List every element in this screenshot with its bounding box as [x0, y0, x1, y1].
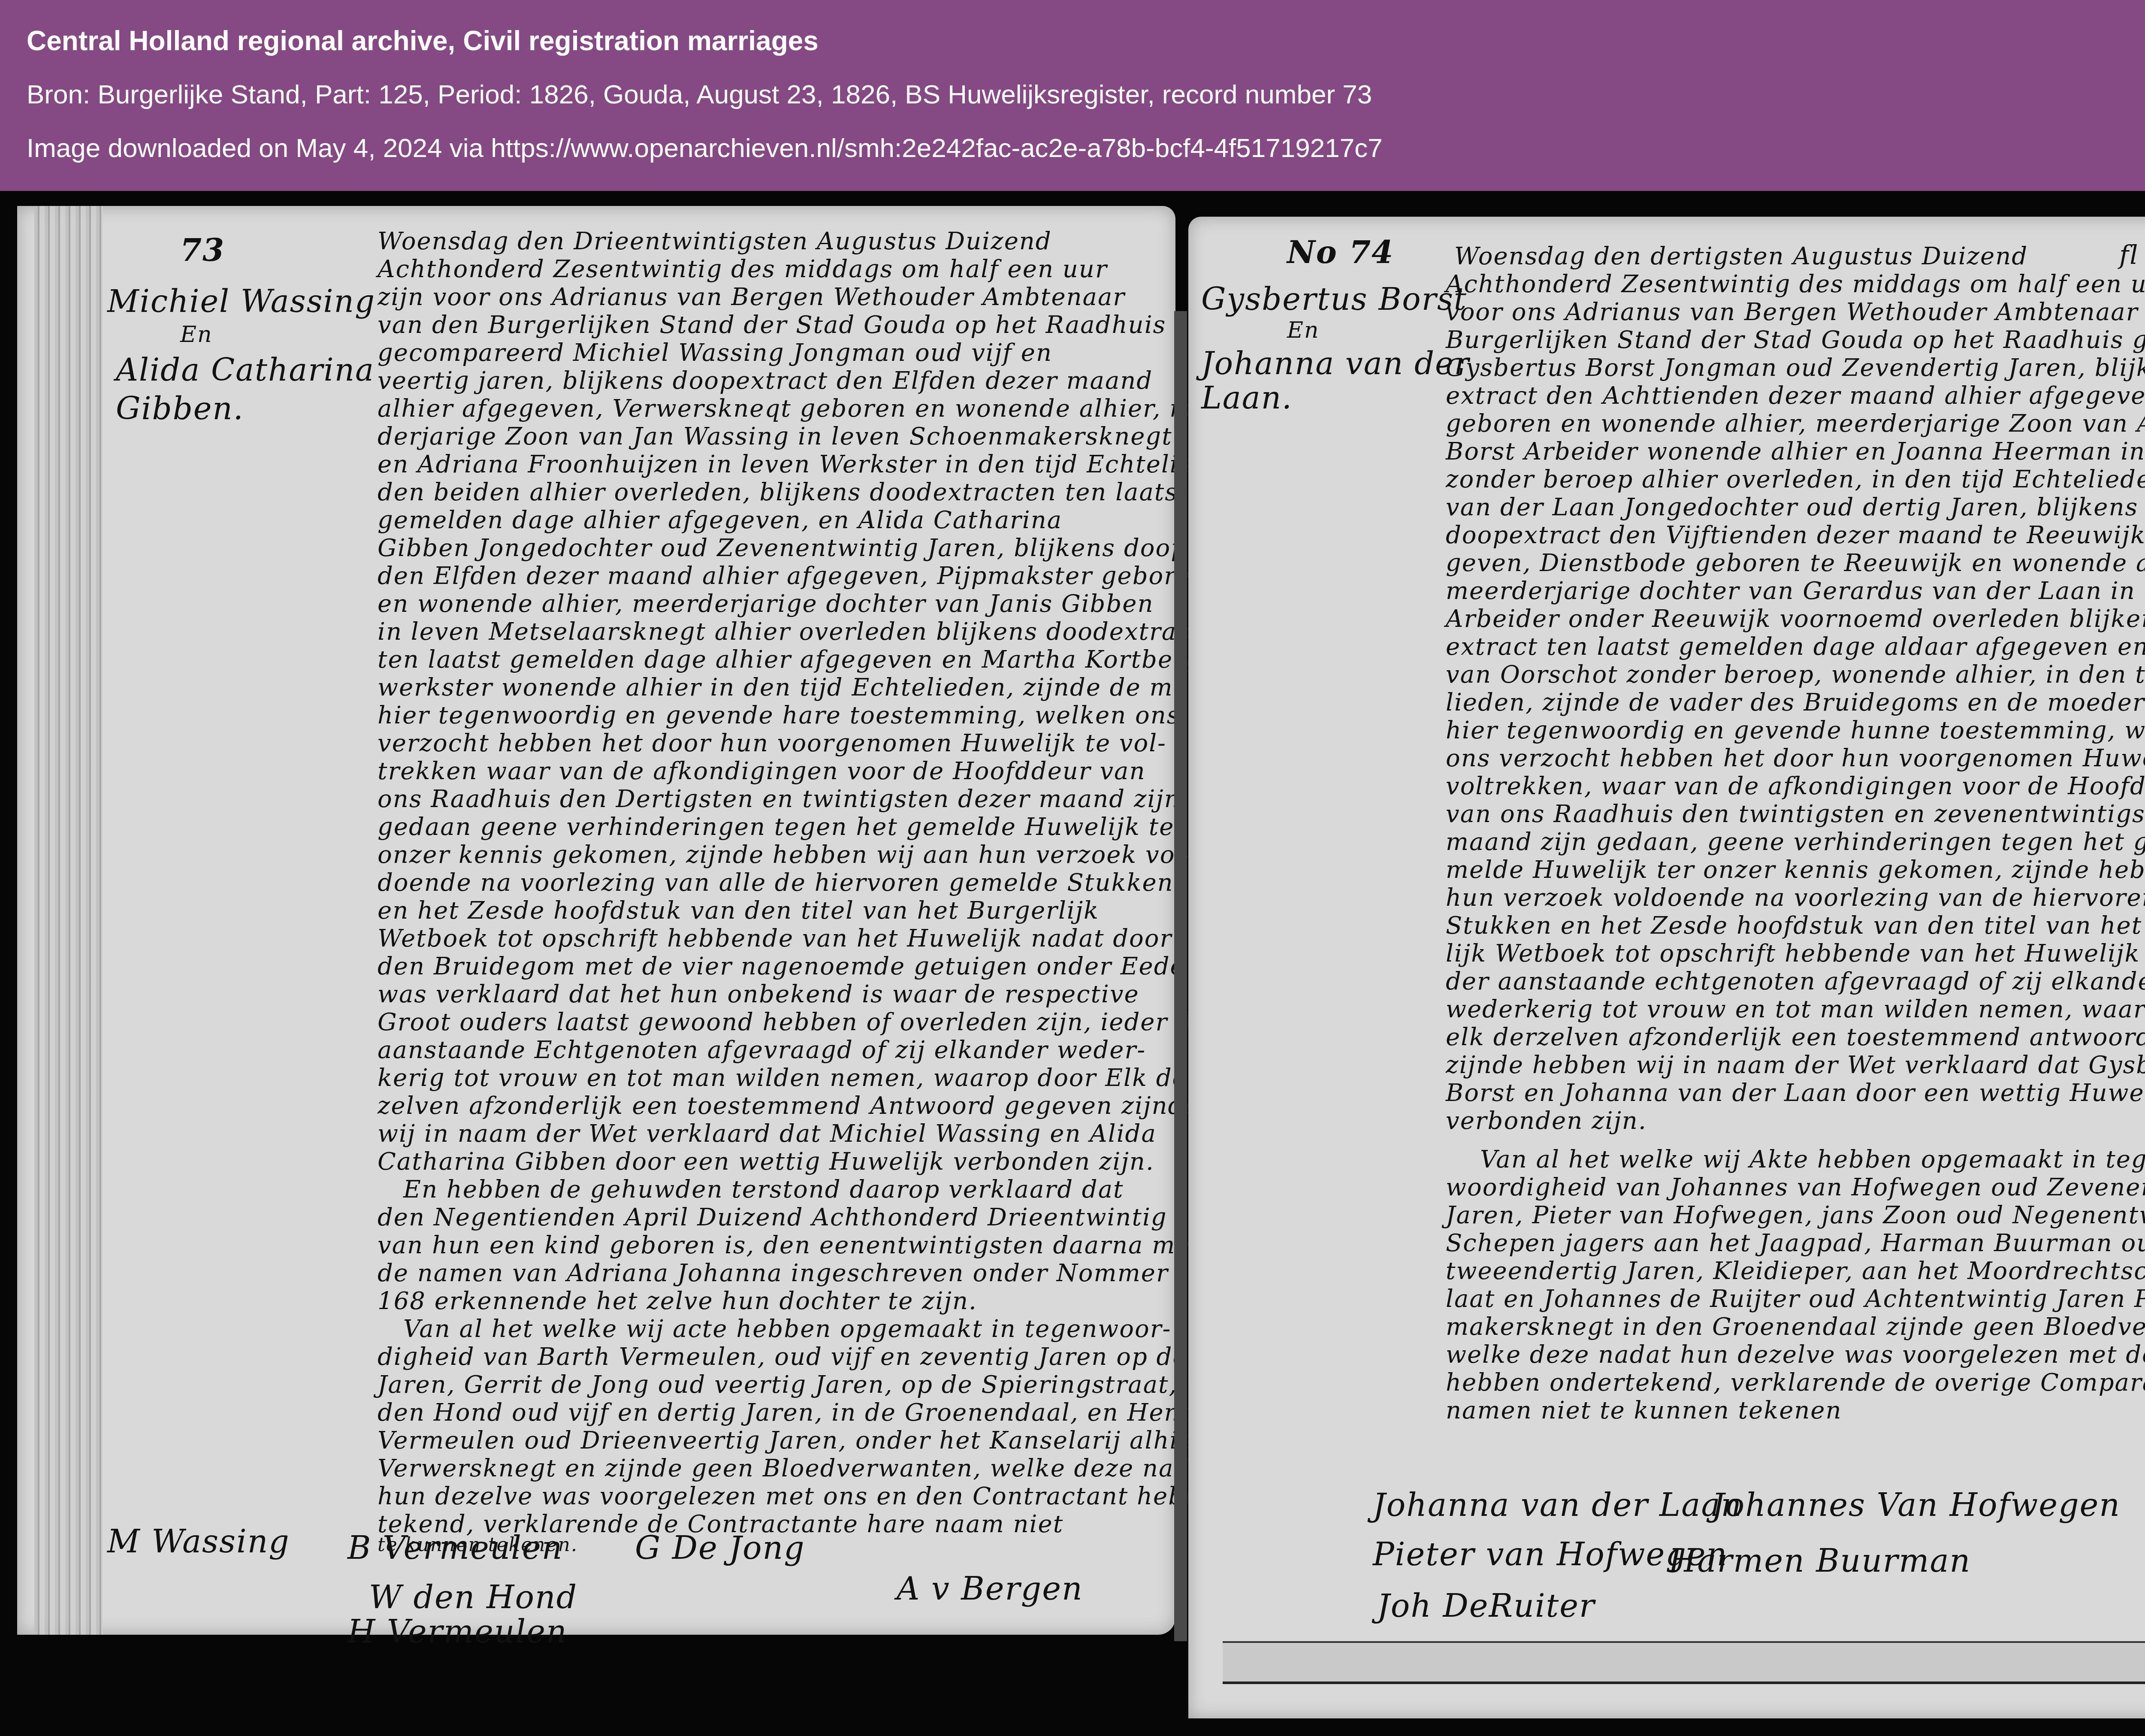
groom-name: Gysbertus Borst: [1201, 281, 1467, 317]
record-number: No 74: [1287, 234, 1394, 270]
text-line: den beiden alhier overleden, blijkens do…: [378, 478, 1189, 506]
signature: W den Hond: [369, 1579, 577, 1616]
archive-title: Central Holland regional archive, Civil …: [27, 25, 819, 57]
signature: Harmen Buurman: [1669, 1542, 1971, 1579]
signature: A v Bergen: [897, 1570, 1083, 1607]
text-line: Vermeulen oud Drieenveertig Jaren, onder…: [378, 1427, 1205, 1455]
source-citation: Bron: Burgerlijke Stand, Part: 125, Peri…: [27, 79, 1372, 110]
text-line: Woensdag den Drieentwintigsten Augustus …: [378, 227, 1052, 255]
bride-name-line2: Laan.: [1201, 380, 1293, 416]
left-page: 73 Michiel Wassing En Alida Catharina Gi…: [17, 206, 1175, 1635]
signature: G De Jong: [635, 1530, 805, 1567]
text-line: ons verzocht hebben het door hun voorgen…: [1446, 744, 2145, 772]
conjunction: En: [1287, 318, 1319, 343]
text-line: 168 erkennende het zelve hun dochter te …: [378, 1287, 977, 1315]
text-line: verbonden zijn.: [1446, 1107, 1647, 1135]
text-line: Groot ouders laatst gewoond hebben of ov…: [378, 1008, 1220, 1036]
text-line: Wetboek tot opschrift hebbende van het H…: [378, 925, 1172, 953]
text-line: welke deze nadat hun dezelve was voorgel…: [1446, 1341, 2145, 1369]
bride-name-line1: Alida Catharina: [116, 352, 375, 388]
text-line: van Oorschot zonder beroep, wonende alhi…: [1446, 661, 2145, 689]
text-line: Borst Arbeider wonende alhier en Joanna …: [1446, 438, 2145, 466]
text-line: den Bruidegom met de vier nagenoemde get…: [378, 953, 1185, 980]
text-line: zelven afzonderlijk een toestemmend Antw…: [378, 1092, 1311, 1120]
text-line: makersknegt in den Groenendaal zijnde ge…: [1446, 1313, 2145, 1341]
text-line: Stukken en het Zesde hoofdstuk van den t…: [1446, 912, 2145, 940]
text-line: hun verzoek voldoende na voorlezing van …: [1446, 884, 2145, 912]
text-line: Woensdag den dertigsten Augustus Duizend: [1454, 242, 2028, 270]
signature: Johanna van der Laan: [1373, 1487, 1742, 1524]
text-line: wederkerig tot vrouw en tot man wilden n…: [1446, 995, 2145, 1023]
text-line: Van al het welke wij Akte hebben opgemaa…: [1480, 1146, 2145, 1173]
bride-name-line2: Gibben.: [116, 390, 244, 426]
right-page: 51. fl 38 No 74 Gysbertus Borst En Johan…: [1188, 217, 2145, 1718]
text-line: elk derzelven afzonderlijk een toestemme…: [1446, 1023, 2145, 1051]
text-line: Gysbertus Borst Jongman oud Zevendertig …: [1446, 354, 2145, 382]
text-line: lijk Wetboek tot opschrift hebbende van …: [1446, 940, 2145, 968]
text-line: gedaan geene verhinderingen tegen het ge…: [378, 813, 1187, 841]
signature: H Vermeulen: [347, 1613, 568, 1650]
text-line: van der Laan Jongedochter oud dertig Jar…: [1446, 493, 2138, 521]
text-line: Schepen jagers aan het Jaagpad, Harman B…: [1446, 1229, 2145, 1257]
text-line: zijnde hebben wij in naam der Wet verkla…: [1446, 1051, 2145, 1079]
text-line: gemelden dage alhier afgegeven, en Alida…: [378, 506, 1062, 534]
page-bottom-edge: [1223, 1641, 2145, 1684]
signature: B Vermeulen: [347, 1530, 563, 1567]
text-line: doopextract den Vijftienden dezer maand …: [1446, 521, 2145, 549]
text-line: was verklaard dat het hun onbekend is wa…: [378, 980, 1139, 1008]
text-line: de namen van Adriana Johanna ingeschreve…: [378, 1259, 1169, 1287]
record-number: 73: [180, 232, 225, 268]
text-line: ons Raadhuis den Dertigsten en twintigst…: [378, 785, 1181, 813]
page-edge-stack: [34, 206, 103, 1635]
text-line: Van al het welke wij acte hebben opgemaa…: [403, 1315, 1171, 1343]
text-line: aanstaande Echtgenoten afgevraagd of zij…: [378, 1036, 1146, 1064]
text-line: geven, Dienstbode geboren te Reeuwijk en…: [1446, 549, 2145, 577]
text-line: der aanstaande echtgenoten afgevraagd of…: [1446, 968, 2145, 995]
text-line: maand zijn gedaan, geene verhinderingen …: [1446, 828, 2145, 856]
text-line: voltrekken, waar van de afkondigingen vo…: [1446, 772, 2145, 800]
text-line: hebben ondertekend, verklarende de overi…: [1446, 1369, 2145, 1397]
text-line: werkster wonende alhier in den tijd Echt…: [378, 674, 1247, 702]
text-line: Arbeider onder Reeuwijk voornoemd overle…: [1446, 605, 2145, 633]
text-line: den Hond oud vijf en dertig Jaren, in de…: [378, 1399, 1233, 1427]
text-line: doende na voorlezing van alle de hiervor…: [378, 869, 1174, 897]
text-line: van hun een kind geboren is, den eenentw…: [378, 1231, 1201, 1259]
text-line: geboren en wonende alhier, meerderjarige…: [1446, 410, 2145, 438]
book-gutter: [1174, 311, 1187, 1641]
text-line: Achthonderd Zesentwintig des middags om …: [378, 255, 1108, 283]
text-line: hier tegenwoordig en gevende hunne toest…: [1446, 717, 2145, 744]
text-line: namen niet te kunnen tekenen: [1446, 1397, 1842, 1424]
text-line: trekken waar van de afkondigingen voor d…: [378, 757, 1146, 785]
signature: M Wassing: [107, 1523, 290, 1560]
text-line: den Elfden dezer maand alhier afgegeven,…: [378, 562, 1208, 590]
text-line: extract den Achttienden dezer maand alhi…: [1446, 382, 2145, 410]
text-line: alhier afgegeven, Verwerskneqt geboren e…: [378, 395, 1245, 423]
text-line: meerderjarige dochter van Gerardus van d…: [1446, 577, 2145, 605]
text-line: tweeendertig Jaren, Kleidieper, aan het …: [1446, 1257, 2145, 1285]
text-line: Achthonderd Zesentwintig des middags om …: [1446, 270, 2145, 298]
text-line: Gibben Jongedochter oud Zevenentwintig J…: [378, 534, 1279, 562]
text-line: Verwersknegt en zijnde geen Bloedverwant…: [378, 1455, 1216, 1482]
text-line: zonder beroep alhier overleden, in den t…: [1446, 466, 2145, 493]
text-line: digheid van Barth Vermeulen, oud vijf en…: [378, 1343, 1256, 1371]
text-line: extract ten laatst gemelden dage aldaar …: [1446, 633, 2145, 661]
text-line: van ons Raadhuis den twintigsten en zeve…: [1446, 800, 2145, 828]
text-line: Jaren, Pieter van Hofwegen, jans Zoon ou…: [1446, 1201, 2145, 1229]
text-line: Catharina Gibben door een wettig Huwelij…: [378, 1148, 1154, 1176]
bride-name-line1: Johanna van der: [1201, 345, 1470, 381]
register-scan: 73 Michiel Wassing En Alida Catharina Gi…: [0, 191, 2145, 1736]
conjunction: En: [180, 322, 212, 348]
text-line: lieden, zijnde de vader des Bruidegoms e…: [1446, 689, 2145, 717]
signature: Johannes Van Hofwegen: [1712, 1487, 2121, 1524]
download-note: Image downloaded on May 4, 2024 via http…: [27, 133, 1383, 163]
text-line: wij in naam der Wet verklaard dat Michie…: [378, 1120, 1157, 1148]
text-line: Borst en Johanna van der Laan door een w…: [1446, 1079, 2145, 1107]
text-line: ten laatst gemelden dage alhier afgegeve…: [378, 646, 1233, 674]
signature: Joh DeRuiter: [1377, 1588, 1595, 1624]
text-line: woordigheid van Johannes van Hofwegen ou…: [1446, 1173, 2145, 1201]
text-line: hier tegenwoordig en gevende hare toeste…: [378, 702, 1180, 729]
text-line: voor ons Adrianus van Bergen Wethouder A…: [1446, 298, 2145, 326]
archive-banner: Central Holland regional archive, Civil …: [0, 0, 2145, 191]
text-line: den Negentienden April Duizend Achthonde…: [378, 1204, 1167, 1231]
text-line: in leven Metselaarsknegt alhier overlede…: [378, 618, 1202, 646]
text-line: melde Huwelijk ter onzer kennis gekomen,…: [1446, 856, 2145, 884]
text-line: onzer kennis gekomen, zijnde hebben wij …: [378, 841, 1193, 869]
text-line: derjarige Zoon van Jan Wassing in leven …: [378, 423, 1172, 451]
folio-note: fl 38: [2119, 240, 2145, 270]
text-line: en het Zesde hoofdstuk van den titel van…: [378, 897, 1099, 925]
text-line: En hebben de gehuwden terstond daarop ve…: [403, 1176, 1124, 1204]
text-line: Burgerlijken Stand der Stad Gouda op het…: [1446, 326, 2145, 354]
text-line: Jaren, Gerrit de Jong oud veertig Jaren,…: [378, 1371, 1275, 1399]
groom-name: Michiel Wassing: [107, 283, 375, 319]
text-line: gecompareerd Michiel Wassing Jongman oud…: [378, 339, 1052, 367]
text-line: van den Burgerlijken Stand der Stad Goud…: [378, 311, 1166, 339]
text-line: en wonende alhier, meerderjarige dochter…: [378, 590, 1154, 618]
text-line: en Adriana Froonhuijzen in leven Werkste…: [378, 451, 1241, 478]
text-line: zijn voor ons Adrianus van Bergen Wethou…: [378, 283, 1125, 311]
text-line: verzocht hebben het door hun voorgenomen…: [378, 729, 1166, 757]
text-line: kerig tot vrouw en tot man wilden nemen,…: [378, 1064, 1199, 1092]
text-line: laat en Johannes de Ruijter oud Achtentw…: [1446, 1285, 2145, 1313]
text-line: veertig jaren, blijkens doopextract den …: [378, 367, 1153, 395]
